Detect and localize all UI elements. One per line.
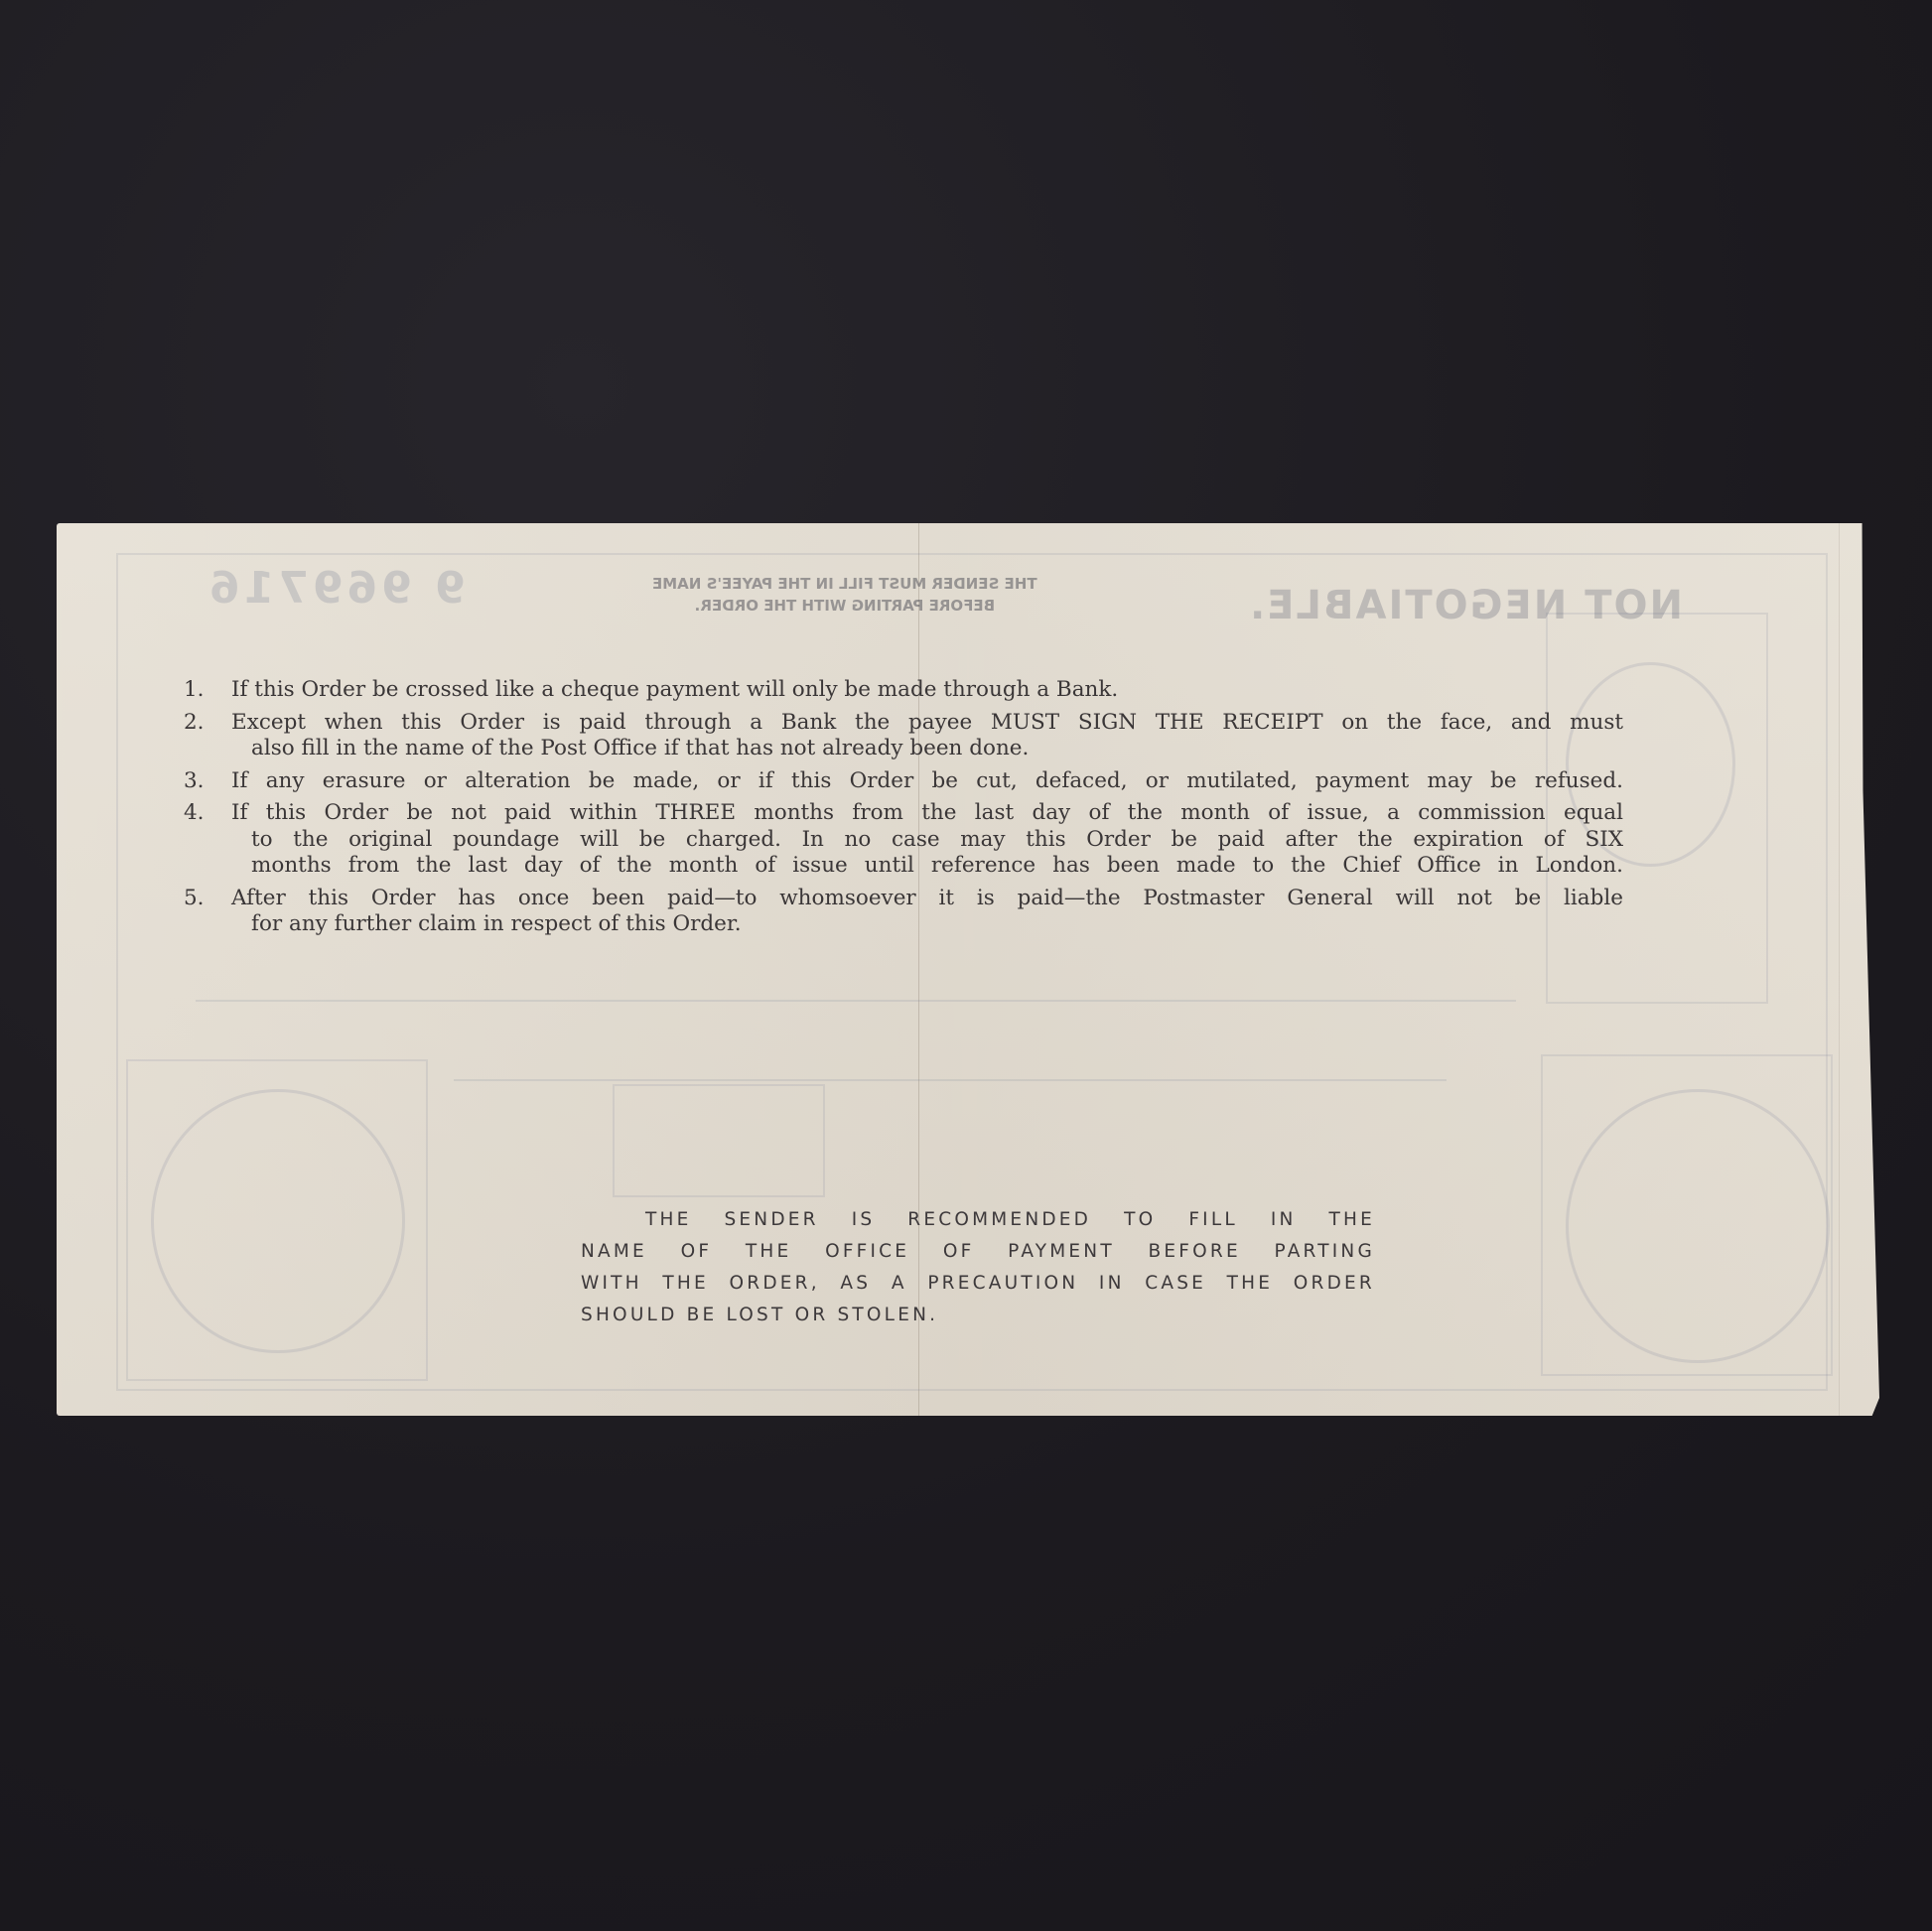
show-through-rule — [454, 1079, 1447, 1081]
condition-line: Except when this Order is paid through a… — [231, 710, 1623, 737]
condition-number: 4. — [184, 800, 205, 827]
condition-line: After this Order has once been paid—to w… — [231, 886, 1623, 912]
condition-line: months from the last day of the month of… — [231, 853, 1623, 880]
notice-line: SHOULD BE LOST OR STOLEN. — [581, 1300, 1375, 1331]
notice-line: NAME OF THE OFFICE OF PAYMENT BEFORE PAR… — [581, 1236, 1375, 1268]
show-through-stamp-right — [1566, 1089, 1830, 1363]
condition-number: 2. — [184, 710, 205, 737]
condition-line: to the original poundage will be charged… — [231, 827, 1623, 854]
sender-notice: THE SENDER IS RECOMMENDED TO FILL IN THE… — [581, 1204, 1375, 1331]
condition-number: 5. — [184, 886, 205, 912]
condition-number: 3. — [184, 768, 205, 795]
condition-item: 4. If this Order be not paid within THRE… — [184, 800, 1623, 880]
show-through-box — [613, 1084, 825, 1197]
condition-item: 2. Except when this Order is paid throug… — [184, 710, 1623, 762]
condition-line: for any further claim in respect of this… — [231, 911, 1623, 938]
condition-line: also fill in the name of the Post Office… — [231, 736, 1623, 762]
condition-line: If this Order be crossed like a cheque p… — [231, 677, 1623, 704]
show-through-emblem-left-frame — [126, 1059, 428, 1381]
show-through-serial: 9 969716 — [206, 563, 466, 614]
show-through-emblem-left — [151, 1089, 405, 1353]
show-through-warning: THE SENDER MUST FILL IN THE PAYEE'S NAME… — [652, 573, 1037, 617]
show-through-warning-line: BEFORE PARTING WITH THE ORDER. — [652, 595, 1037, 617]
notice-line: WITH THE ORDER, AS A PRECAUTION IN CASE … — [581, 1268, 1375, 1300]
condition-item: 5. After this Order has once been paid—t… — [184, 886, 1623, 938]
notice-line: THE SENDER IS RECOMMENDED TO FILL IN THE — [581, 1204, 1375, 1236]
postal-order-reverse: 9 969716 THE SENDER MUST FILL IN THE PAY… — [57, 523, 1879, 1416]
condition-line: If this Order be not paid within THREE m… — [231, 800, 1623, 827]
show-through-not-negotiable: NOT NEGOTIABLE. — [1248, 583, 1683, 628]
show-through-rule — [196, 1000, 1516, 1002]
show-through-stamp-frame — [1541, 1054, 1833, 1376]
fold-line-right — [1839, 523, 1840, 1416]
conditions-list: 1. If this Order be crossed like a chequ… — [184, 677, 1623, 944]
condition-line: If any erasure or alteration be made, or… — [231, 768, 1623, 795]
condition-number: 1. — [184, 677, 205, 704]
show-through-warning-line: THE SENDER MUST FILL IN THE PAYEE'S NAME — [652, 573, 1037, 595]
condition-item: 3. If any erasure or alteration be made,… — [184, 768, 1623, 795]
condition-item: 1. If this Order be crossed like a chequ… — [184, 677, 1623, 704]
